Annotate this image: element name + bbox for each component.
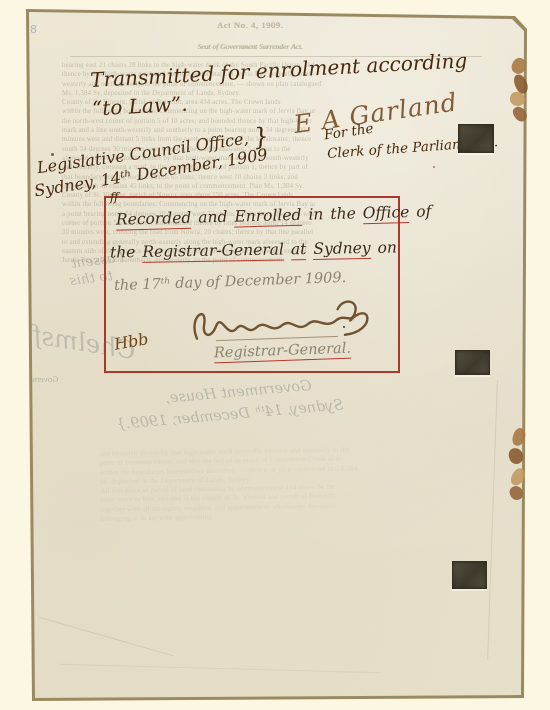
clerk-initials: Hbb xyxy=(113,329,150,354)
bleed-governor-dateline: Government House, Sydney, 14ᵗʰ December,… xyxy=(27,372,345,443)
bleed-print-block-bottom: and bounded thence by that high-water ma… xyxy=(99,444,422,524)
fastener-square-top xyxy=(458,124,494,153)
paper-speck xyxy=(51,153,54,156)
stamp-line2: theRegistrar-GeneralatSydneyon xyxy=(110,239,395,264)
fastener-square-middle xyxy=(455,350,490,375)
endorsement-line2: “to Law”. xyxy=(91,92,188,121)
document-scan: 8 Act No. 4, 1909. Seat of Government Su… xyxy=(0,0,550,710)
stamp-signature-caption: Registrar-General. xyxy=(214,341,352,364)
stamp-folio-mark: ff xyxy=(110,190,119,204)
stamp-line1: RecordedandEnrolledintheOfficeof xyxy=(116,203,396,230)
fastener-square-bottom xyxy=(452,561,487,589)
registrar-general-signature-icon xyxy=(183,287,385,349)
bleed-governor-title: Governor. xyxy=(24,374,58,384)
pencil-folio-mark: 8 xyxy=(30,23,37,36)
bleed-act-title: Seat of Government Surrender Act. xyxy=(140,42,360,51)
paper-crease xyxy=(60,664,380,673)
enrolment-stamp-box: ff RecordedandEnrolledintheOfficeof theR… xyxy=(104,196,400,373)
paper-speck xyxy=(343,326,345,328)
paper-crease xyxy=(487,380,498,660)
bleed-act-number: Act No. 4, 1909. xyxy=(175,20,325,30)
paper-crease xyxy=(39,617,174,657)
paper-speck xyxy=(433,166,435,168)
